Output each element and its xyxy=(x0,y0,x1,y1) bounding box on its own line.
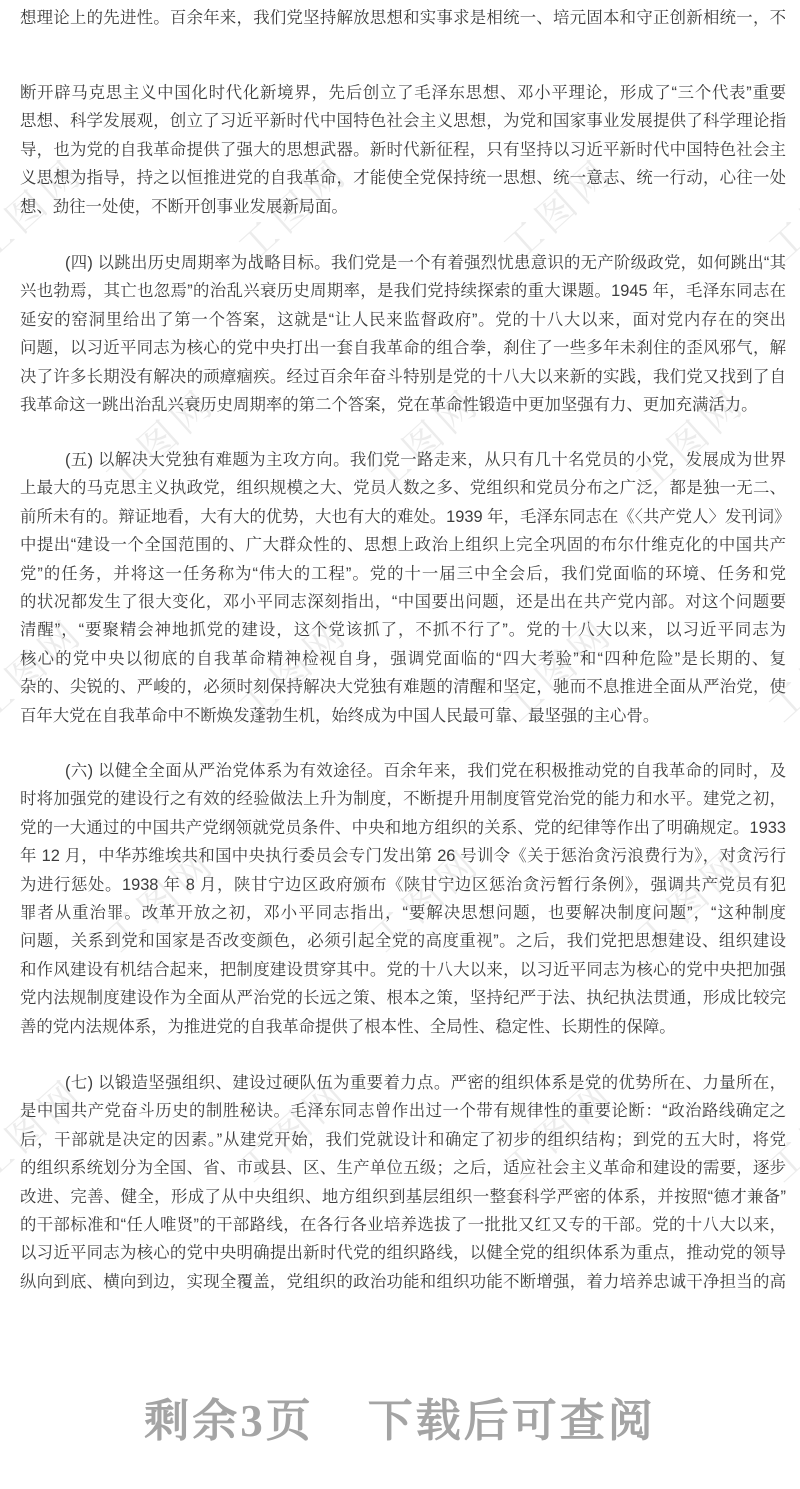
text-line: 的状况都发生了很大变化，邓小平同志深刻指出，“中国要出问题，还是出在共产党内部。… xyxy=(20,588,786,616)
text-line: 核心的党中央以彻底的自我革命精神检视自身，强调党面临的“四大考验”和“四种危险”… xyxy=(20,645,786,673)
text-line: 的组织系统划分为全国、省、市或县、区、生产单位五级；之后，适应社会主义革命和建设… xyxy=(20,1154,786,1182)
text-line: 党内法规制度建设作为全面从严治党的长远之策、根本之策，坚持纪严于法、执纪执法贯通… xyxy=(20,984,786,1012)
text-line: 为进行惩处。1938 年 8 月，陕甘宁边区政府颁布《陕甘宁边区惩治贪污暂行条例… xyxy=(20,871,786,899)
paragraph-6: (六) 以健全全面从严治党体系为有效途径。百余年来，我们党在积极推动党的自我革命… xyxy=(20,757,786,1041)
text-line: (七) 以锻造坚强组织、建设过硬队伍为重要着力点。严密的组织体系是党的优势所在、… xyxy=(20,1069,786,1097)
text-line: 时将加强党的建设行之有效的经验做法上升为制度，不断提升用制度管党治党的能力和水平… xyxy=(20,785,786,813)
text-line: 思想、科学发展观，创立了习近平新时代中国特色社会主义思想，为党和国家事业发展提供… xyxy=(20,107,786,135)
paragraph-7: (七) 以锻造坚强组织、建设过硬队伍为重要着力点。严密的组织体系是党的优势所在、… xyxy=(20,1069,786,1296)
paragraph-5: (五) 以解决大党独有难题为主攻方向。我们党一路走来，从只有几十名党员的小党，发… xyxy=(20,446,786,730)
text-line: 兴也勃焉，其亡也忽焉”的治乱兴衰历史周期率，是我们党持续探索的重大课题。1945… xyxy=(20,277,786,305)
text-line: 前所未有的。辩证地看，大有大的优势，大也有大的难处。1939 年，毛泽东同志在《… xyxy=(20,503,786,531)
paragraph-continuation: 断开辟马克思主义中国化时代化新境界，先后创立了毛泽东思想、邓小平理论，形成了“三… xyxy=(20,79,786,221)
text-line: 想理论上的先进性。百余年来，我们党坚持解放思想和实事求是相统一、培元固本和守正创… xyxy=(20,4,786,32)
text-line: (五) 以解决大党独有难题为主攻方向。我们党一路走来，从只有几十名党员的小党，发… xyxy=(20,446,786,474)
text-line: 善的党内法规体系，为推进党的自我革命提供了根本性、全局性、稳定性、长期性的保障。 xyxy=(20,1013,786,1041)
text-line: (四) 以跳出历史周期率为战略目标。我们党是一个有着强烈忧患意识的无产阶级政党，… xyxy=(20,249,786,277)
text-line: 断开辟马克思主义中国化时代化新境界，先后创立了毛泽东思想、邓小平理论，形成了“三… xyxy=(20,79,786,107)
download-hint: 下载后可查阅 xyxy=(368,1396,656,1446)
text-line: 后，干部就是决定的因素。”从建党开始，我们党就设计和确定了初步的组织结构；到党的… xyxy=(20,1126,786,1154)
text-line: 纵向到底、横向到边，实现全覆盖，党组织的政治功能和组织功能不断增强，着力培养忠诚… xyxy=(20,1268,786,1296)
text-line: 是中国共产党奋斗历史的制胜秘诀。毛泽东同志曾作出过一个带有规律性的重要论断：“政… xyxy=(20,1097,786,1125)
text-line: 党的一大通过的中国共产党纲领就党员条件、中央和地方组织的关系、党的纪律等作出了明… xyxy=(20,814,786,842)
document-page: 工图网工图网工图网工图网工图网工图网工图网工图网工图网工图网工图网工图网工图网工… xyxy=(0,0,800,1489)
page1-last-line-fragment: 想理论上的先进性。百余年来，我们党坚持解放思想和实事求是相统一、培元固本和守正创… xyxy=(20,4,786,32)
text-line: 百年大党在自我革命中不断焕发蓬勃生机，始终成为中国人民最可靠、最坚强的主心骨。 xyxy=(20,702,786,730)
remaining-pages-notice: 剩余3页下载后可查阅 xyxy=(0,1384,800,1449)
text-line: 决了许多长期没有解决的顽瘴痼疾。经过百余年奋斗特别是党的十八大以来新的实践，我们… xyxy=(20,363,786,391)
text-line: 改进、完善、健全，形成了从中央组织、地方组织到基层组织一整套科学严密的体系，并按… xyxy=(20,1183,786,1211)
paragraph-4: (四) 以跳出历史周期率为战略目标。我们党是一个有着强烈忧患意识的无产阶级政党，… xyxy=(20,249,786,419)
text-line: 以习近平同志为核心的党中央明确提出新时代党的组织路线，以健全党的组织体系为重点，… xyxy=(20,1239,786,1267)
text-line: 导，也为党的自我革命提供了强大的思想武器。新时代新征程，只有坚持以习近平新时代中… xyxy=(20,136,786,164)
text-line: 我革命这一跳出治乱兴衰历史周期率的第二个答案，党在革命性锻造中更加坚强有力、更加… xyxy=(20,391,786,419)
text-line: 的干部标准和“任人唯贤”的干部路线，在各行各业培养选拔了一批批又红又专的干部。党… xyxy=(20,1211,786,1239)
text-line: 中提出“建设一个全国范围的、广大群众性的、思想上政治上组织上完全巩固的布尔什维克… xyxy=(20,531,786,559)
text-line: 年 12 月，中华苏维埃共和国中央执行委员会专门发出第 26 号训令《关于惩治贪… xyxy=(20,842,786,870)
text-line: 问题，以习近平同志为核心的党中央打出一套自我革命的组合拳，刹住了一些多年未刹住的… xyxy=(20,334,786,362)
text-line: (六) 以健全全面从严治党体系为有效途径。百余年来，我们党在积极推动党的自我革命… xyxy=(20,757,786,785)
text-line: 和作风建设有机结合起来，把制度建设贯穿其中。党的十八大以来，以习近平同志为核心的… xyxy=(20,956,786,984)
document-content: 想理论上的先进性。百余年来，我们党坚持解放思想和实事求是相统一、培元固本和守正创… xyxy=(0,0,800,1489)
text-line: 问题，关系到党和国家是否改变颜色，必须引起全党的高度重视”。之后，我们党把思想建… xyxy=(20,927,786,955)
text-line: 杂的、尖锐的、严峻的，必须时刻保持解决大党独有难题的清醒和坚定，驰而不息推进全面… xyxy=(20,673,786,701)
text-line: 延安的窑洞里给出了第一个答案，这就是“让人民来监督政府”。党的十八大以来，面对党… xyxy=(20,306,786,334)
text-line: 上最大的马克思主义执政党，组织规模之大、党员人数之多、党组织和党员分布之广泛，都… xyxy=(20,474,786,502)
text-line: 清醒”，“要聚精会神地抓党的建设，这个党该抓了，不抓不行了”。党的十八大以来，以… xyxy=(20,616,786,644)
text-line: 想、劲往一处使，不断开创事业发展新局面。 xyxy=(20,193,786,221)
text-line: 义思想为指导，持之以恒推进党的自我革命，才能使全党保持统一思想、统一意志、统一行… xyxy=(20,164,786,192)
text-line: 党”的任务，并将这一任务称为“伟大的工程”。党的十一届三中全会后，我们党面临的环… xyxy=(20,560,786,588)
text-line: 罪者从重治罪。改革开放之初，邓小平同志指出，“要解决思想问题，也要解决制度问题”… xyxy=(20,899,786,927)
remaining-pages-count: 剩余3页 xyxy=(144,1396,314,1446)
